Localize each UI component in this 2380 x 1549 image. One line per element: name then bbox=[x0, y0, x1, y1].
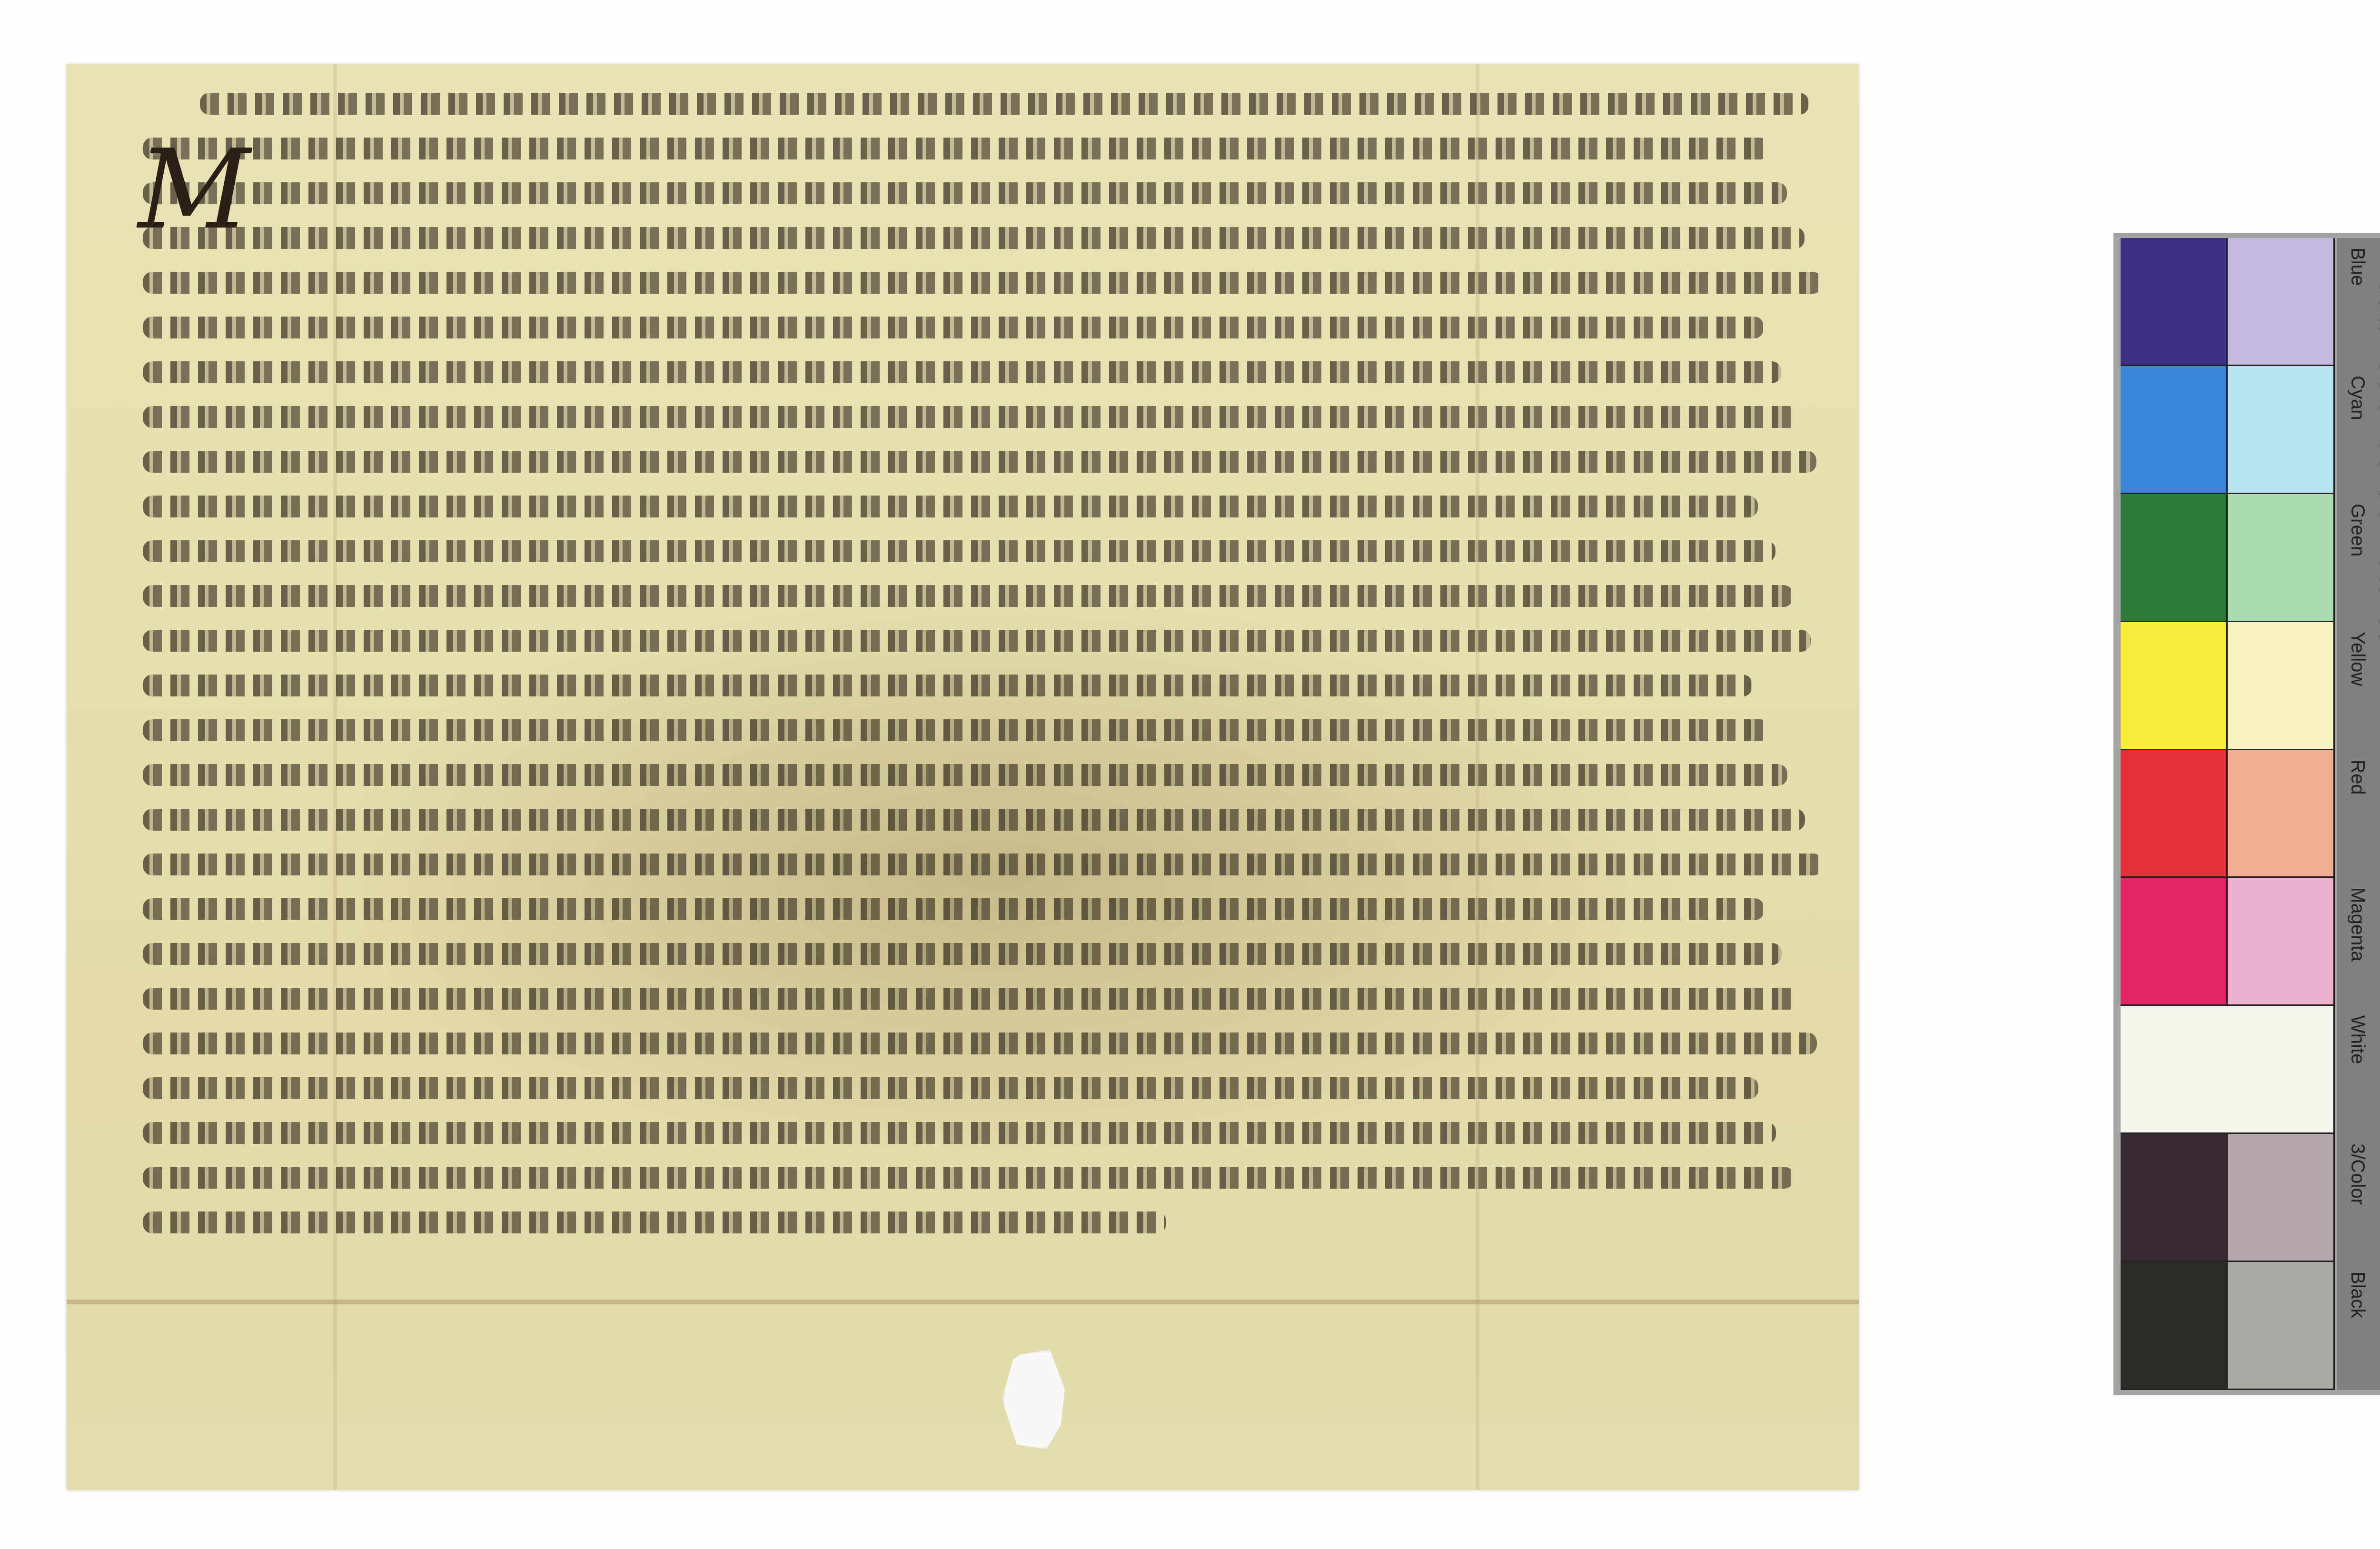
text-line bbox=[143, 123, 1837, 168]
text-line bbox=[143, 750, 1837, 794]
text-line bbox=[143, 392, 1837, 437]
text-line bbox=[143, 213, 1837, 258]
text-line bbox=[143, 794, 1837, 839]
color-patch bbox=[2121, 494, 2228, 621]
text-line bbox=[143, 973, 1837, 1018]
patch-row-blue bbox=[2121, 238, 2335, 366]
color-patch bbox=[2121, 878, 2228, 1004]
color-patch bbox=[2228, 366, 2335, 493]
patch-row-black bbox=[2121, 1262, 2335, 1390]
text-line bbox=[143, 1063, 1837, 1108]
ruler: Kodak Color Control Patches © Kodak, 200… bbox=[2337, 238, 2380, 1390]
patch-row-red bbox=[2121, 750, 2335, 878]
color-patch bbox=[2121, 750, 2228, 877]
text-line bbox=[143, 884, 1837, 929]
patch-row-magenta bbox=[2121, 878, 2335, 1006]
kodak-color-target: Kodak Color Control Patches © Kodak, 200… bbox=[2113, 233, 2380, 1395]
patch-label: Yellow bbox=[2340, 632, 2368, 686]
text-line bbox=[143, 1197, 1837, 1242]
text-line bbox=[143, 526, 1837, 571]
text-line bbox=[143, 258, 1837, 302]
color-patch bbox=[2121, 1262, 2228, 1389]
color-patch bbox=[2121, 622, 2228, 749]
text-line bbox=[143, 929, 1837, 973]
color-patch bbox=[2228, 878, 2335, 1004]
patch-row-cyan bbox=[2121, 366, 2335, 494]
color-patch bbox=[2121, 366, 2228, 493]
kodak-brand: Kodak Color Control Patches bbox=[2373, 257, 2380, 644]
seal-hole bbox=[1002, 1350, 1076, 1450]
text-line bbox=[143, 302, 1837, 347]
patch-label: Green bbox=[2340, 504, 2368, 556]
patch-row-white bbox=[2121, 1006, 2335, 1134]
color-patch bbox=[2228, 238, 2335, 365]
color-patch bbox=[2228, 622, 2335, 749]
text-line bbox=[143, 1108, 1837, 1152]
patch-label: 3/Color bbox=[2340, 1143, 2368, 1205]
text-line bbox=[143, 839, 1837, 884]
text-line bbox=[143, 1018, 1837, 1063]
patch-label: Cyan bbox=[2340, 376, 2368, 420]
patch-label: Red bbox=[2340, 760, 2368, 794]
text-line bbox=[143, 660, 1837, 705]
color-patch bbox=[2121, 1134, 2228, 1261]
color-patch bbox=[2228, 750, 2335, 877]
patch-label: Magenta bbox=[2340, 887, 2368, 962]
patch-row-yellow bbox=[2121, 622, 2335, 750]
patch-label: Black bbox=[2340, 1271, 2368, 1318]
text-line bbox=[143, 481, 1837, 526]
text-line bbox=[143, 616, 1837, 660]
color-patch bbox=[2121, 1006, 2335, 1132]
color-patch bbox=[2228, 494, 2335, 621]
text-line bbox=[143, 168, 1837, 213]
text-line bbox=[143, 1152, 1837, 1197]
text-line bbox=[143, 571, 1837, 616]
text-line bbox=[143, 705, 1837, 750]
color-patch bbox=[2121, 238, 2228, 365]
patch-label: White bbox=[2340, 1015, 2368, 1064]
patch-label: Blue bbox=[2340, 248, 2368, 286]
handwritten-text bbox=[143, 79, 1837, 1242]
patch-row-green bbox=[2121, 494, 2335, 622]
text-line bbox=[143, 79, 1837, 123]
parchment-charter: M bbox=[67, 64, 1859, 1490]
color-patch bbox=[2228, 1262, 2335, 1389]
horizontal-fold bbox=[67, 1300, 1859, 1304]
patch-row-3-color bbox=[2121, 1134, 2335, 1262]
color-patches bbox=[2121, 238, 2335, 1390]
text-line bbox=[143, 347, 1837, 392]
text-line bbox=[143, 437, 1837, 481]
color-patch bbox=[2228, 1134, 2335, 1261]
